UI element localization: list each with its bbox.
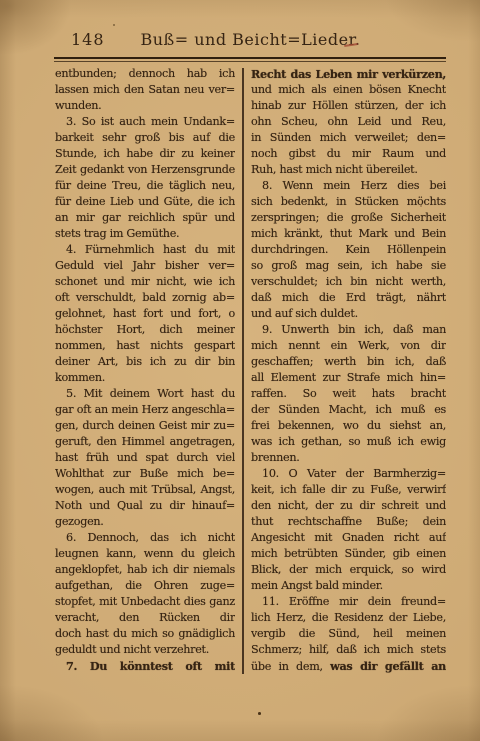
text-line: übe in dem, was dir gefällt an bbox=[251, 658, 446, 674]
text-line: geduldt und nicht verzehret. bbox=[55, 642, 235, 658]
text-line: gar oft an mein Herz angeschla= bbox=[55, 402, 235, 418]
text-line: wogen, auch mit Trübsal, Angst, bbox=[55, 482, 235, 498]
text-line: 7. Du könntest oft mit gutem bbox=[55, 658, 235, 674]
text-line: 4. Fürnehmlich hast du mit bbox=[55, 242, 235, 258]
text-line: und auf sich duldet. bbox=[251, 306, 446, 322]
text-line: schonet und mir nicht, wie ich bbox=[55, 274, 235, 290]
text-line: barkeit sehr groß bis auf die bbox=[55, 130, 235, 146]
text-line: verschuldet; ich bin nicht werth, bbox=[251, 274, 446, 290]
text-line: lich Herz, die Residenz der Liebe, bbox=[251, 610, 446, 626]
text-line: deiner Art, bis ich zu dir bin bbox=[55, 354, 235, 370]
text-line: oft verschuldt, bald zornig ab= bbox=[55, 290, 235, 306]
text-line: aufgethan, die Ohren zuge= bbox=[55, 578, 235, 594]
column-divider bbox=[242, 68, 244, 674]
text-line: lassen mich den Satan neu ver= bbox=[55, 82, 235, 98]
text-line: thut rechtschaffne Buße; dein bbox=[251, 514, 446, 530]
text-line: hinab zur Höllen stürzen, der ich bbox=[251, 98, 446, 114]
running-title: Buß= und Beicht=Lieder. bbox=[55, 30, 446, 49]
text-line: all Element zur Strafe mich hin= bbox=[251, 370, 446, 386]
text-line: zerspringen; die große Sicherheit bbox=[251, 210, 446, 226]
text-line: Geduld viel Jahr bisher ver= bbox=[55, 258, 235, 274]
text-line: geruft, den Himmel angetragen, bbox=[55, 434, 235, 450]
text-segment: übe in dem, bbox=[251, 660, 330, 673]
text-line: ohn Scheu, ohn Leid und Reu, bbox=[251, 114, 446, 130]
text-line: hast früh und spat durch viel bbox=[55, 450, 235, 466]
text-line: 10. O Vater der Barmherzig= bbox=[251, 466, 446, 482]
text-line: Ruh, hast mich nicht übereilet. bbox=[251, 162, 446, 178]
text-area: entbunden; dennoch hab ich jetztlassen m… bbox=[55, 66, 446, 678]
left-column: entbunden; dennoch hab ich jetztlassen m… bbox=[55, 66, 235, 674]
text-line: daß mich die Erd trägt, nährt bbox=[251, 290, 446, 306]
text-line: und mich als einen bösen Knecht bbox=[251, 82, 446, 98]
text-line: noch gibst du mir Raum und bbox=[251, 146, 446, 162]
paper-speck bbox=[420, 205, 422, 207]
header-rule bbox=[54, 57, 446, 62]
text-line: stets trag im Gemüthe. bbox=[55, 226, 235, 242]
text-line: mein Angst bald minder. bbox=[251, 578, 446, 594]
text-line: sich bedenkt, in Stücken möchts bbox=[251, 194, 446, 210]
text-line: den nicht, der zu dir schreit und bbox=[251, 498, 446, 514]
book-page: 148 Buß= und Beicht=Lieder. entbunden; d… bbox=[0, 0, 480, 741]
text-line: was ich gethan, so muß ich ewig bbox=[251, 434, 446, 450]
text-line: gezogen. bbox=[55, 514, 235, 530]
text-line: für deine Treu, die täglich neu, bbox=[55, 178, 235, 194]
text-line: Blick, der mich erquick, so wird bbox=[251, 562, 446, 578]
text-line: doch hast du mich so gnädiglich bbox=[55, 626, 235, 642]
text-line: frei bekennen, wo du siehst an, bbox=[251, 418, 446, 434]
text-line: raffen. So weit hats bracht bbox=[251, 386, 446, 402]
text-line: mich nennt ein Werk, von dir bbox=[251, 338, 446, 354]
text-line: stopfet, mit Unbedacht dies ganz bbox=[55, 594, 235, 610]
text-line: Wohlthat zur Buße mich be= bbox=[55, 466, 235, 482]
text-line: 11. Eröffne mir dein freund= bbox=[251, 594, 446, 610]
bold-text-segment: Recht das Leben mir verkürzen, bbox=[251, 67, 446, 81]
text-line: entbunden; dennoch hab ich jetzt bbox=[55, 66, 235, 82]
text-line: 6. Dennoch, das ich nicht bbox=[55, 530, 235, 546]
text-line: an mir gar reichlich spür und bbox=[55, 210, 235, 226]
right-column: Recht das Leben mir verkürzen,und mich a… bbox=[251, 66, 446, 674]
text-line: Zeit gedankt von Herzensgrunde bbox=[55, 162, 235, 178]
text-line: in Sünden mich verweilet; den= bbox=[251, 130, 446, 146]
text-line: leugnen kann, wenn du gleich bbox=[55, 546, 235, 562]
text-line: gen, durch deinen Geist mir zu= bbox=[55, 418, 235, 434]
text-line: wunden. bbox=[55, 98, 235, 114]
page-header: 148 Buß= und Beicht=Lieder. bbox=[55, 28, 446, 54]
text-line: Recht das Leben mir verkürzen, bbox=[251, 66, 446, 82]
text-line: für deine Lieb und Güte, die ich bbox=[55, 194, 235, 210]
paper-speck bbox=[113, 24, 115, 26]
text-line: brennen. bbox=[251, 450, 446, 466]
text-line: mich kränkt, thut Mark und Bein bbox=[251, 226, 446, 242]
text-line: keit, ich falle dir zu Fuße, verwirf bbox=[251, 482, 446, 498]
paper-speck bbox=[258, 712, 261, 715]
text-line: angeklopfet, hab ich dir niemals bbox=[55, 562, 235, 578]
text-line: 5. Mit deinem Wort hast du bbox=[55, 386, 235, 402]
text-line: nommen, hast nichts gespart nach bbox=[55, 338, 235, 354]
text-line: geschaffen; werth bin ich, daß bbox=[251, 354, 446, 370]
text-line: gelohnet, hast fort und fort, o bbox=[55, 306, 235, 322]
text-line: durchdringen. Kein Höllenpein bbox=[251, 242, 446, 258]
text-line: der Sünden Macht, ich muß es bbox=[251, 402, 446, 418]
text-line: höchster Hort, dich meiner ange= bbox=[55, 322, 235, 338]
bold-text-segment: was dir gefällt an bbox=[330, 659, 446, 673]
text-line: kommen. bbox=[55, 370, 235, 386]
text-line: Angesicht mit Gnaden richt auf bbox=[251, 530, 446, 546]
text-line: vergib die Sünd, heil meinen bbox=[251, 626, 446, 642]
text-line: veracht, den Rücken dir gekehret; bbox=[55, 610, 235, 626]
text-line: 8. Wenn mein Herz dies bei bbox=[251, 178, 446, 194]
text-line: Noth und Qual zu dir hinauf= bbox=[55, 498, 235, 514]
text-line: Stunde, ich habe dir zu keiner bbox=[55, 146, 235, 162]
text-line: so groß mag sein, ich habe sie bbox=[251, 258, 446, 274]
text-line: mich betrübten Sünder, gib einen bbox=[251, 546, 446, 562]
text-line: 9. Unwerth bin ich, daß man bbox=[251, 322, 446, 338]
text-line: 3. So ist auch mein Undank= bbox=[55, 114, 235, 130]
text-line: Schmerz; hilf, daß ich mich stets bbox=[251, 642, 446, 658]
